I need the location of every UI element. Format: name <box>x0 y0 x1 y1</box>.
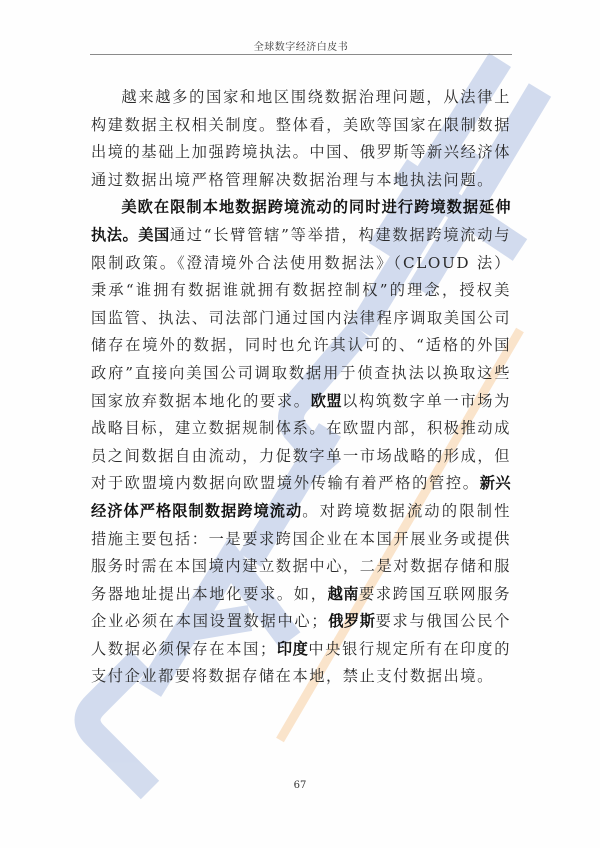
running-header-title: 全球数字经济白皮书 <box>90 38 512 53</box>
body-text: 越来越多的国家和地区围绕数据治理问题，从法律上构建数据主权相关制度。整体看，美欧… <box>91 84 511 691</box>
bold-term-india: 印度 <box>277 640 309 658</box>
paragraph-2: 美欧在限制本地数据跨境流动的同时进行跨境数据延伸执法。美国通过“长臂管辖”等举措… <box>91 194 511 691</box>
paragraph-text: 越来越多的国家和地区围绕数据治理问题，从法律上构建数据主权相关制度。整体看，美欧… <box>91 88 511 189</box>
paragraph-text: 通过“长臂管辖”等举措，构建数据跨境流动与限制政策。《澄清境外合法使用数据法》（… <box>91 226 511 410</box>
paragraph-1: 越来越多的国家和地区围绕数据治理问题，从法律上构建数据主权相关制度。整体看，美欧… <box>91 84 511 194</box>
bold-term-vietnam: 越南 <box>328 585 359 603</box>
page-number: 67 <box>0 780 600 791</box>
bold-term-eu: 欧盟 <box>311 392 342 410</box>
document-page: 全球数字经济白皮书 越来越多的国家和地区围绕数据治理问题，从法律上构建数据主权相… <box>0 0 600 848</box>
header-rule <box>90 54 512 55</box>
bold-term-russia: 俄罗斯 <box>328 612 375 630</box>
